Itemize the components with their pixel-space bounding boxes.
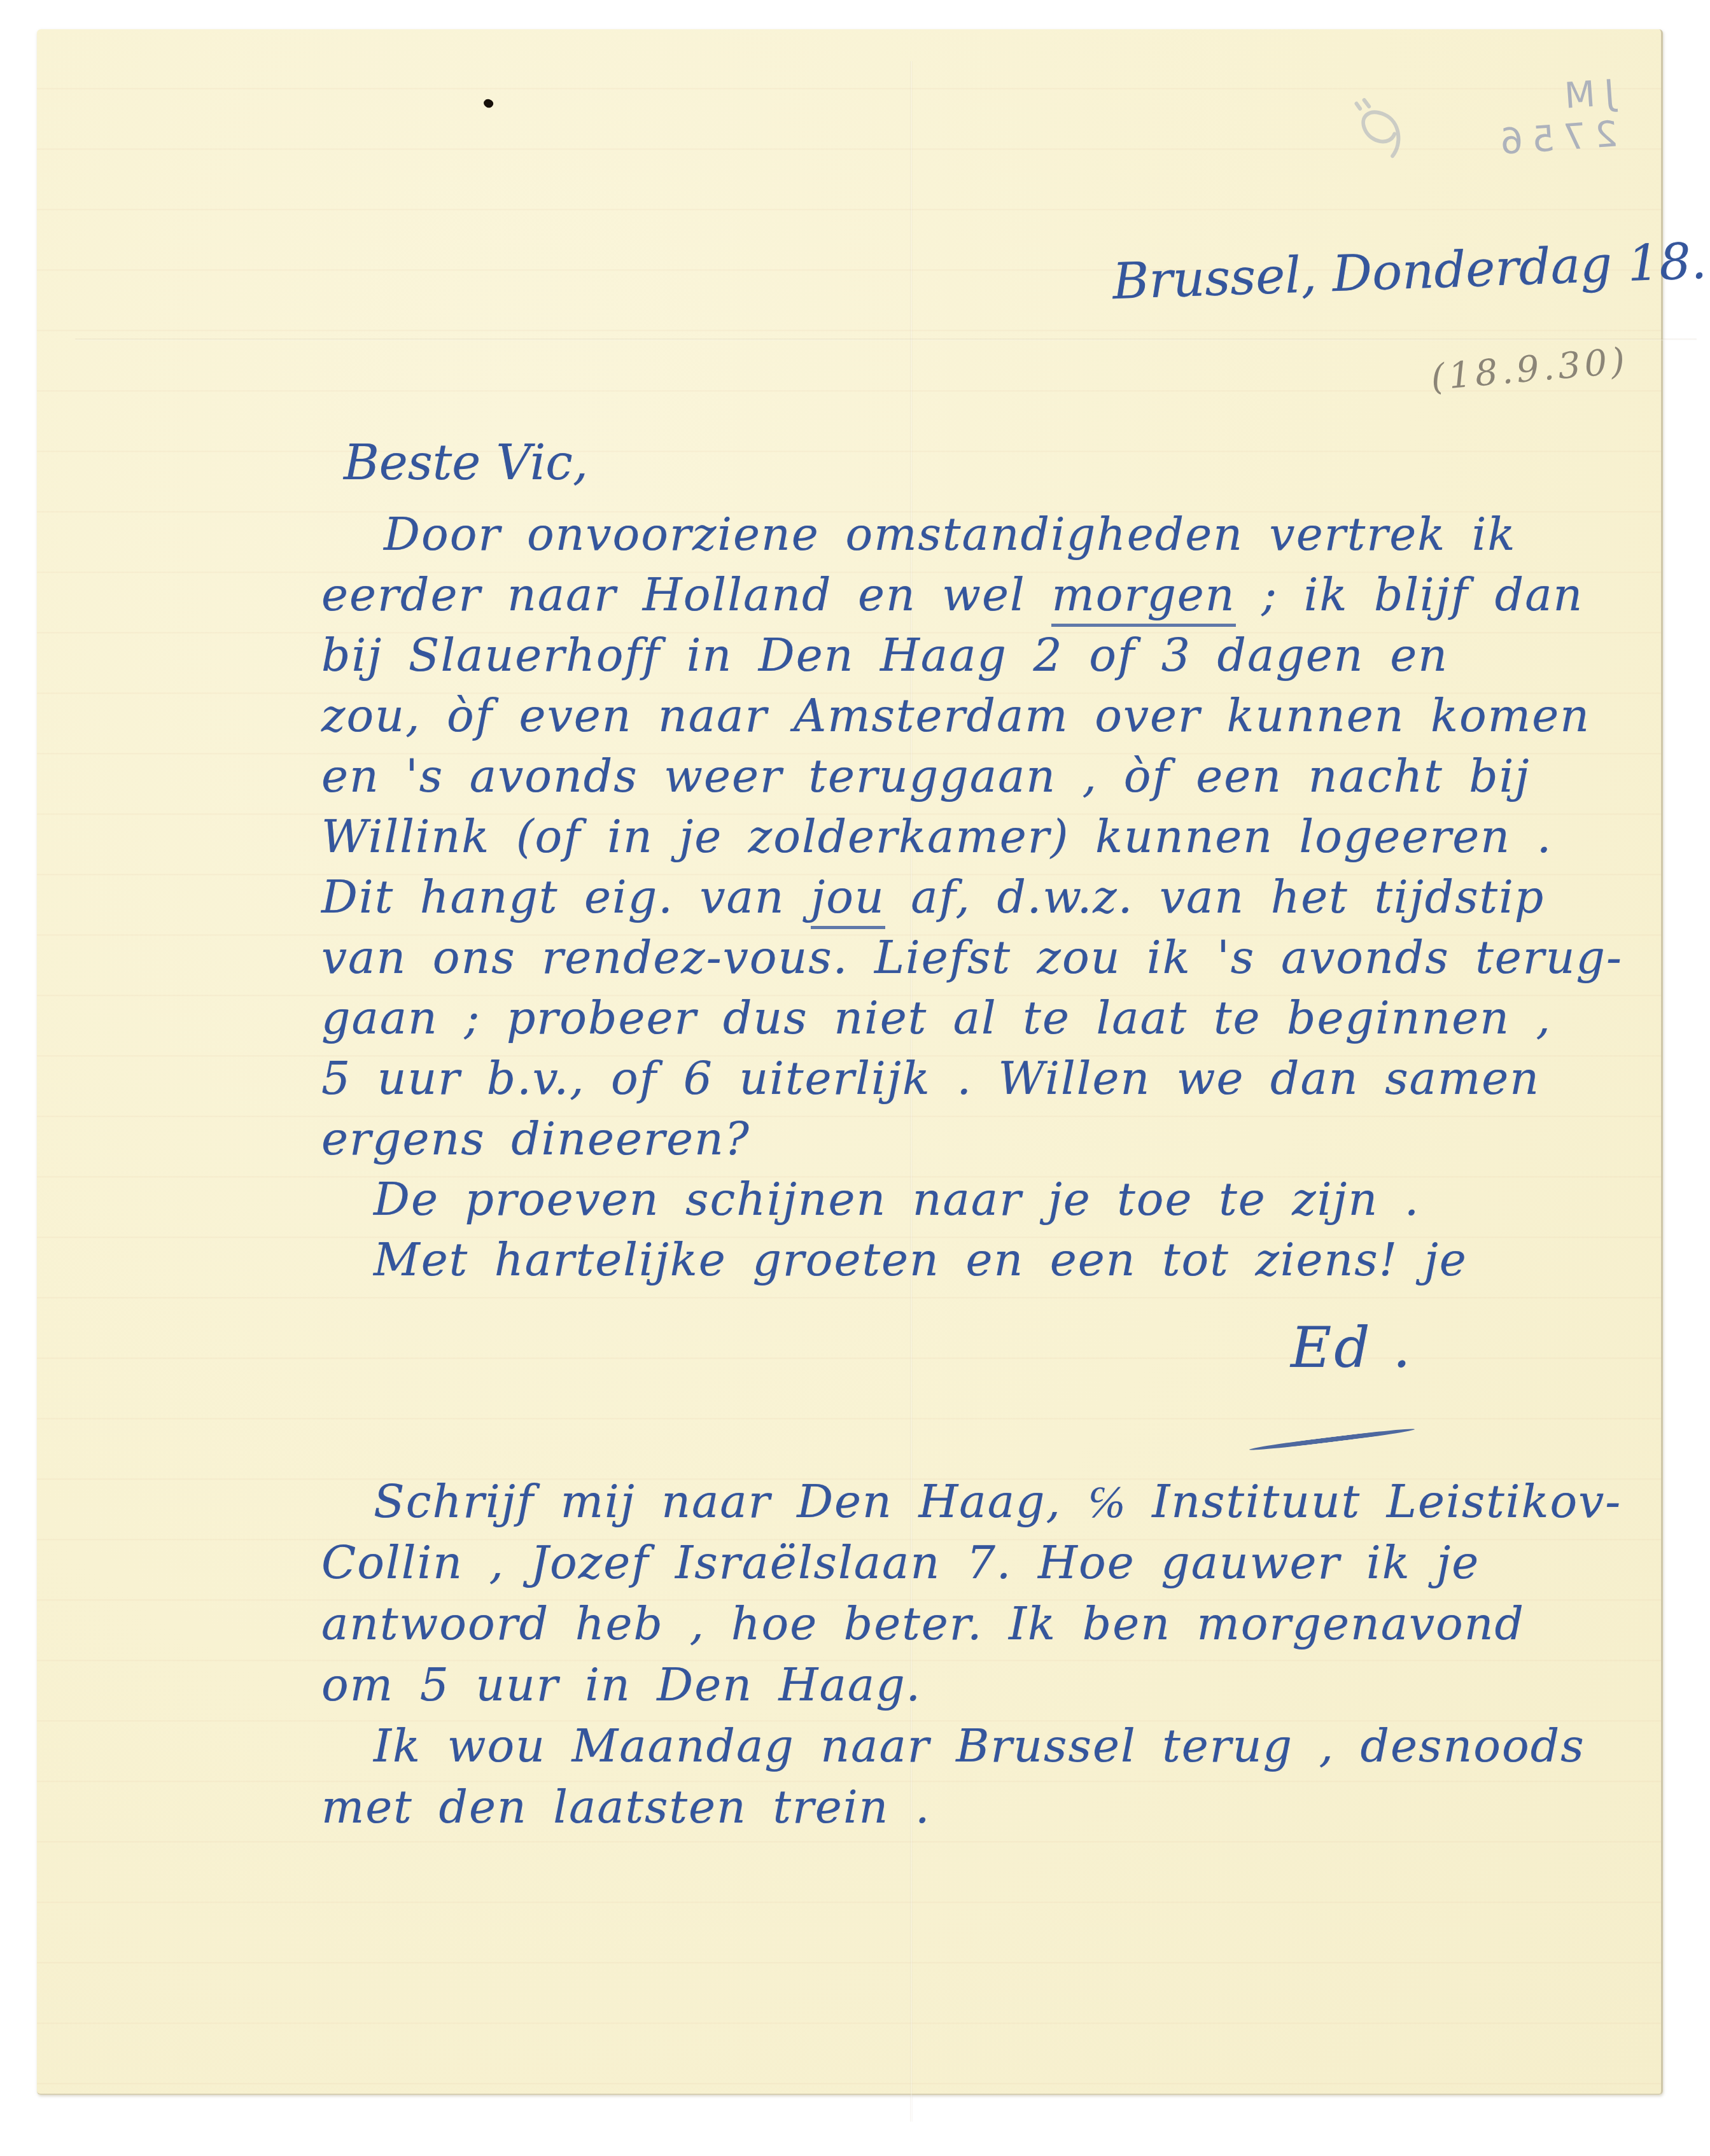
underlined-word: jou xyxy=(811,871,885,929)
letter-line: 5 uur b.v., of 6 uiterlijk . Willen we d… xyxy=(321,1048,1664,1109)
letter-line: eerder naar Holland en wel morgen ; ik b… xyxy=(321,564,1664,625)
postscript-line: antwoord heb , hoe beter. Ik ben morgena… xyxy=(321,1593,1677,1655)
letter-line: zou, òf even naar Amsterdam over kunnen … xyxy=(321,685,1664,746)
letter-line: De proeven schijnen naar je toe te zijn … xyxy=(321,1169,1664,1229)
letter-line: ergens dineeren? xyxy=(321,1109,1664,1169)
postscript-line: Collin , Jozef Israëlslaan 7. Hoe gauwer… xyxy=(321,1532,1677,1593)
postscript-line: met den laatsten trein . xyxy=(321,1777,1677,1838)
letter-line: gaan ; probeer dus niet al te laat te be… xyxy=(321,988,1664,1048)
scanned-letter: JM 2756 Brussel, Donderdag 18. (18.9.30)… xyxy=(0,0,1710,2156)
archive-number-text: JM 2756 xyxy=(1410,73,1619,169)
postscript-line: Ik wou Maandag naar Brussel terug , desn… xyxy=(321,1716,1677,1777)
underlined-word: morgen xyxy=(1051,568,1235,627)
postscript: Schrijf mij naar Den Haag, ℅ Instituut L… xyxy=(321,1471,1677,1838)
fold-crease-horizontal xyxy=(75,339,1697,340)
postscript-line: Schrijf mij naar Den Haag, ℅ Instituut L… xyxy=(321,1471,1677,1532)
salutation: Beste Vic, xyxy=(344,434,588,491)
letter-line: Willink (of in je zolderkamer) kunnen lo… xyxy=(321,806,1664,867)
signature: Ed . xyxy=(1291,1315,1413,1380)
letter-line: Met hartelijke groeten en een tot ziens!… xyxy=(321,1229,1664,1290)
letter-line: Dit hangt eig. van jou af, d.w.z. van he… xyxy=(321,867,1664,927)
postscript-line: om 5 uur in Den Haag. xyxy=(321,1655,1677,1716)
paraph-flourish-icon xyxy=(1349,94,1408,166)
letter-line: en 's avonds weer teruggaan , òf een nac… xyxy=(321,746,1664,806)
letter-line: van ons rendez-vous. Liefst zou ik 's av… xyxy=(321,927,1664,988)
letter-body: Door onvoorziene omstandigheden vertrek … xyxy=(321,504,1664,1290)
letter-line: bij Slauerhoff in Den Haag 2 of 3 dagen … xyxy=(321,625,1664,685)
letter-line: Door onvoorziene omstandigheden vertrek … xyxy=(321,504,1664,564)
